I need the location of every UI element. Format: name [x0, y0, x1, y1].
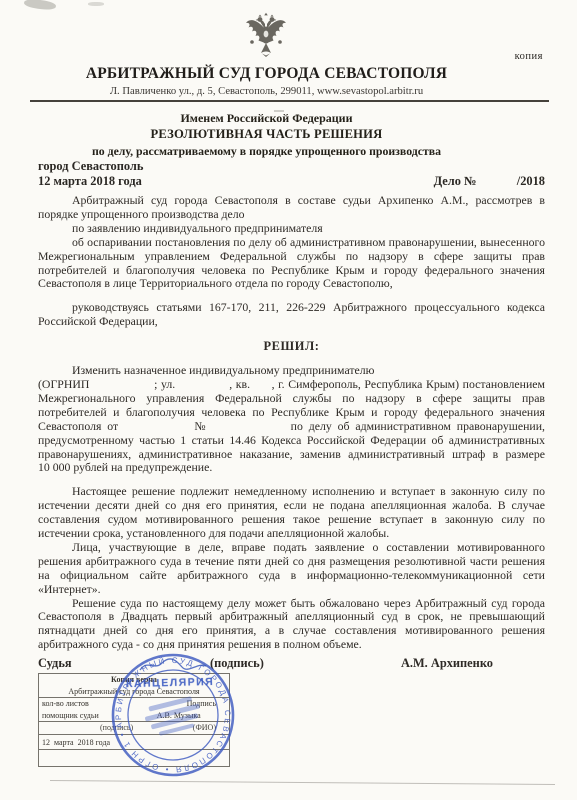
body-paragraph: Изменить назначенное индивидуальному пре…	[38, 364, 545, 378]
case-number: Дело № /2018	[434, 174, 545, 189]
body-paragraph: (ОГРНИП ; ул. , кв. , г. Симферополь, Ре…	[38, 378, 545, 475]
cert-court: Арбитражный суд города Севастополя	[39, 686, 229, 699]
cert-hints-row: (подпись) (ФИО)	[39, 722, 229, 735]
document-body: Арбитражный суд города Севастополя в сос…	[38, 194, 545, 767]
city-line: город Севастополь	[38, 159, 143, 174]
cert-assistant-row: помощник судьи А.В. Музыка	[39, 710, 229, 723]
assistant-label: помощник судьи	[42, 711, 99, 721]
scan-artifact	[24, 0, 57, 11]
document-subtitle: по делу, рассматриваемому в порядке упро…	[0, 144, 533, 159]
judge-name: А.М. Архипенко	[401, 657, 493, 671]
cert-sheets-row: кол-во листов Подпись	[39, 698, 229, 710]
in-the-name-line: Именем Российской Федерации	[0, 111, 533, 126]
name-hint: (ФИО)	[193, 723, 226, 733]
body-paragraph: Лица, участвующие в деле, вправе подать …	[38, 541, 545, 597]
body-paragraph: руководствуясь статьями 167-170, 211, 22…	[38, 301, 545, 329]
document-page: копия АРБИТРАЖНЫЙ СУД ГОРОДА СЕВАСТОПОЛЯ…	[0, 0, 577, 800]
body-paragraph: Настоящее решение подлежит немедленному …	[38, 485, 545, 541]
copy-certification-table: Копия верна Арбитражный суд города Севас…	[38, 673, 230, 767]
body-paragraph: по заявлению индивидуального предпринима…	[38, 222, 545, 236]
document-title: РЕЗОЛЮТИВНАЯ ЧАСТЬ РЕШЕНИЯ	[0, 127, 533, 142]
signature-row: Судья (подпись) А.М. Архипенко	[38, 657, 545, 671]
body-paragraph: Арбитражный суд города Севастополя в сос…	[38, 194, 545, 222]
scan-artifact	[88, 2, 104, 6]
body-paragraph: Решение суда по настоящему делу может бы…	[38, 597, 545, 653]
sign-column-label: Подпись	[187, 699, 226, 709]
court-address: Л. Павличенко ул., д. 5, Севастополь, 29…	[0, 86, 533, 97]
decision-heading: РЕШИЛ:	[38, 340, 545, 354]
copy-label: копия	[515, 51, 543, 62]
court-name: АРБИТРАЖНЫЙ СУД ГОРОДА СЕВАСТОПОЛЯ	[0, 65, 533, 83]
sheets-label: кол-во листов	[42, 699, 89, 709]
sign-hint: (подпись)	[42, 723, 193, 733]
body-paragraph: об оспаривании постановления по делу об …	[38, 236, 545, 292]
cert-heading: Копия верна	[39, 674, 229, 686]
header-rule	[30, 100, 549, 102]
intro-paragraphs: Арбитражный суд города Севастополя в сос…	[38, 194, 545, 329]
signature-placeholder: (подпись)	[210, 657, 401, 671]
judge-label: Судья	[38, 657, 210, 671]
date-line: 12 марта 2018 года	[38, 174, 142, 189]
decision-paragraphs: Изменить назначенное индивидуальному пре…	[38, 364, 545, 652]
assistant-name: А.В. Музыка	[99, 711, 226, 721]
cert-date: 12 марта 2018 года	[39, 735, 229, 751]
title-block: Именем Российской Федерации РЕЗОЛЮТИВНАЯ…	[0, 111, 533, 159]
coat-of-arms-icon	[243, 12, 289, 60]
cert-empty-row	[39, 750, 229, 766]
scan-edge-line	[50, 780, 555, 785]
